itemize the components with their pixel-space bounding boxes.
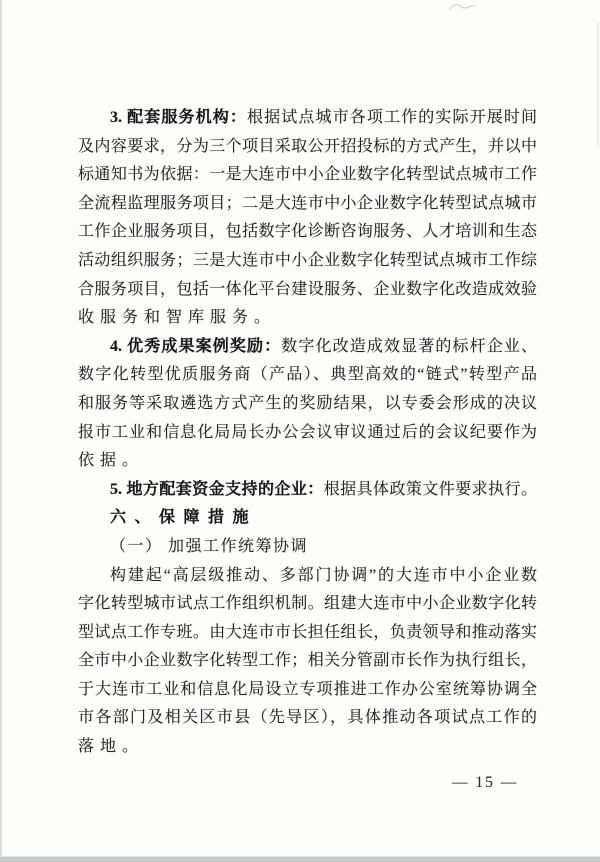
scan-edge-right xyxy=(597,22,599,147)
text-line: 全流程监理服务项目；二是大连市中小企业数字化转型试点城市 xyxy=(78,190,537,219)
text-run: 数字化改造成效显著的标杆企业、 xyxy=(281,338,537,355)
scan-edge-left xyxy=(0,0,2,862)
text-line: 字化转型城市试点工作组织机制。组建大连市中小企业数字化转 xyxy=(78,590,537,619)
document-page: 3. 配套服务机构：根据试点城市各项工作的实际开展时间 及内容要求，分为三个项目… xyxy=(0,0,600,862)
paragraph-support-service-orgs: 3. 配套服务机构：根据试点城市各项工作的实际开展时间 及内容要求，分为三个项目… xyxy=(78,104,537,333)
text-line: 标通知书为依据：一是大连市中小企业数字化转型试点城市工作 xyxy=(78,161,537,190)
section-heading-safeguards: 六、保障措施 xyxy=(78,504,537,533)
page-number: — 15 — xyxy=(452,774,518,792)
paragraph-lead: 3. 配套服务机构： xyxy=(110,109,247,126)
paragraph-lead: 5. 地方配套资金支持的企业： xyxy=(110,481,324,498)
text-line: 依据。 xyxy=(78,447,537,476)
text-line: 型试点工作专班。由大连市市长担任组长，负责领导和推动落实 xyxy=(78,619,537,648)
paragraph-lead: 4. 优秀成果案例奖励： xyxy=(110,338,281,355)
text-line: 数字化转型优质服务商（产品）、典型高效的“链式”转型产品 xyxy=(78,361,537,390)
text-line: 4. 优秀成果案例奖励：数字化改造成效显著的标杆企业、 xyxy=(78,333,537,362)
text-line: 合服务项目，包括一体化平台建设服务、企业数字化改造成效验 xyxy=(78,276,537,305)
text-line: 报市工业和信息化局局长办公会议审议通过后的会议纪要作为 xyxy=(78,419,537,448)
text-line: 5. 地方配套资金支持的企业：根据具体政策文件要求执行。 xyxy=(78,476,537,505)
text-line: 市各部门及相关区市县（先导区），具体推动各项试点工作的 xyxy=(78,704,537,733)
text-line: 收服务和智库服务。 xyxy=(78,304,537,333)
text-line: 和服务等采取遴选方式产生的奖励结果，以专委会形成的决议 xyxy=(78,390,537,419)
text-line: 活动组织服务；三是大连市中小企业数字化转型试点城市工作综 xyxy=(78,247,537,276)
text-line: 工作企业服务项目，包括数字化诊断咨询服务、人才培训和生态 xyxy=(78,218,537,247)
text-line: 3. 配套服务机构：根据试点城市各项工作的实际开展时间 xyxy=(78,104,537,133)
paragraph-local-funding: 5. 地方配套资金支持的企业：根据具体政策文件要求执行。 xyxy=(78,476,537,505)
paragraph-coordination-mechanism: 构建起“高层级推动、多部门协调”的大连市中小企业数 字化转型城市试点工作组织机制… xyxy=(78,562,537,762)
scan-pencil-mark xyxy=(448,1,478,13)
paragraph-award-cases: 4. 优秀成果案例奖励：数字化改造成效显著的标杆企业、 数字化转型优质服务商（产… xyxy=(78,333,537,476)
text-line: 及内容要求，分为三个项目采取公开招投标的方式产生，并以中 xyxy=(78,133,537,162)
subsection-heading-coordination: （一） 加强工作统筹协调 xyxy=(78,533,537,562)
text-line: 落地。 xyxy=(78,733,537,762)
text-line: 于大连市工业和信息化局设立专项推进工作办公室统筹协调全 xyxy=(78,676,537,705)
text-line: 全市中小企业数字化转型工作；相关分管副市长作为执行组长， xyxy=(78,647,537,676)
scan-edge-bottom xyxy=(0,856,600,862)
text-run: 根据试点城市各项工作的实际开展时间 xyxy=(247,109,537,126)
text-line: 构建起“高层级推动、多部门协调”的大连市中小企业数 xyxy=(78,562,537,591)
document-body: 3. 配套服务机构：根据试点城市各项工作的实际开展时间 及内容要求，分为三个项目… xyxy=(78,104,537,762)
text-run: 根据具体政策文件要求执行。 xyxy=(324,481,537,498)
